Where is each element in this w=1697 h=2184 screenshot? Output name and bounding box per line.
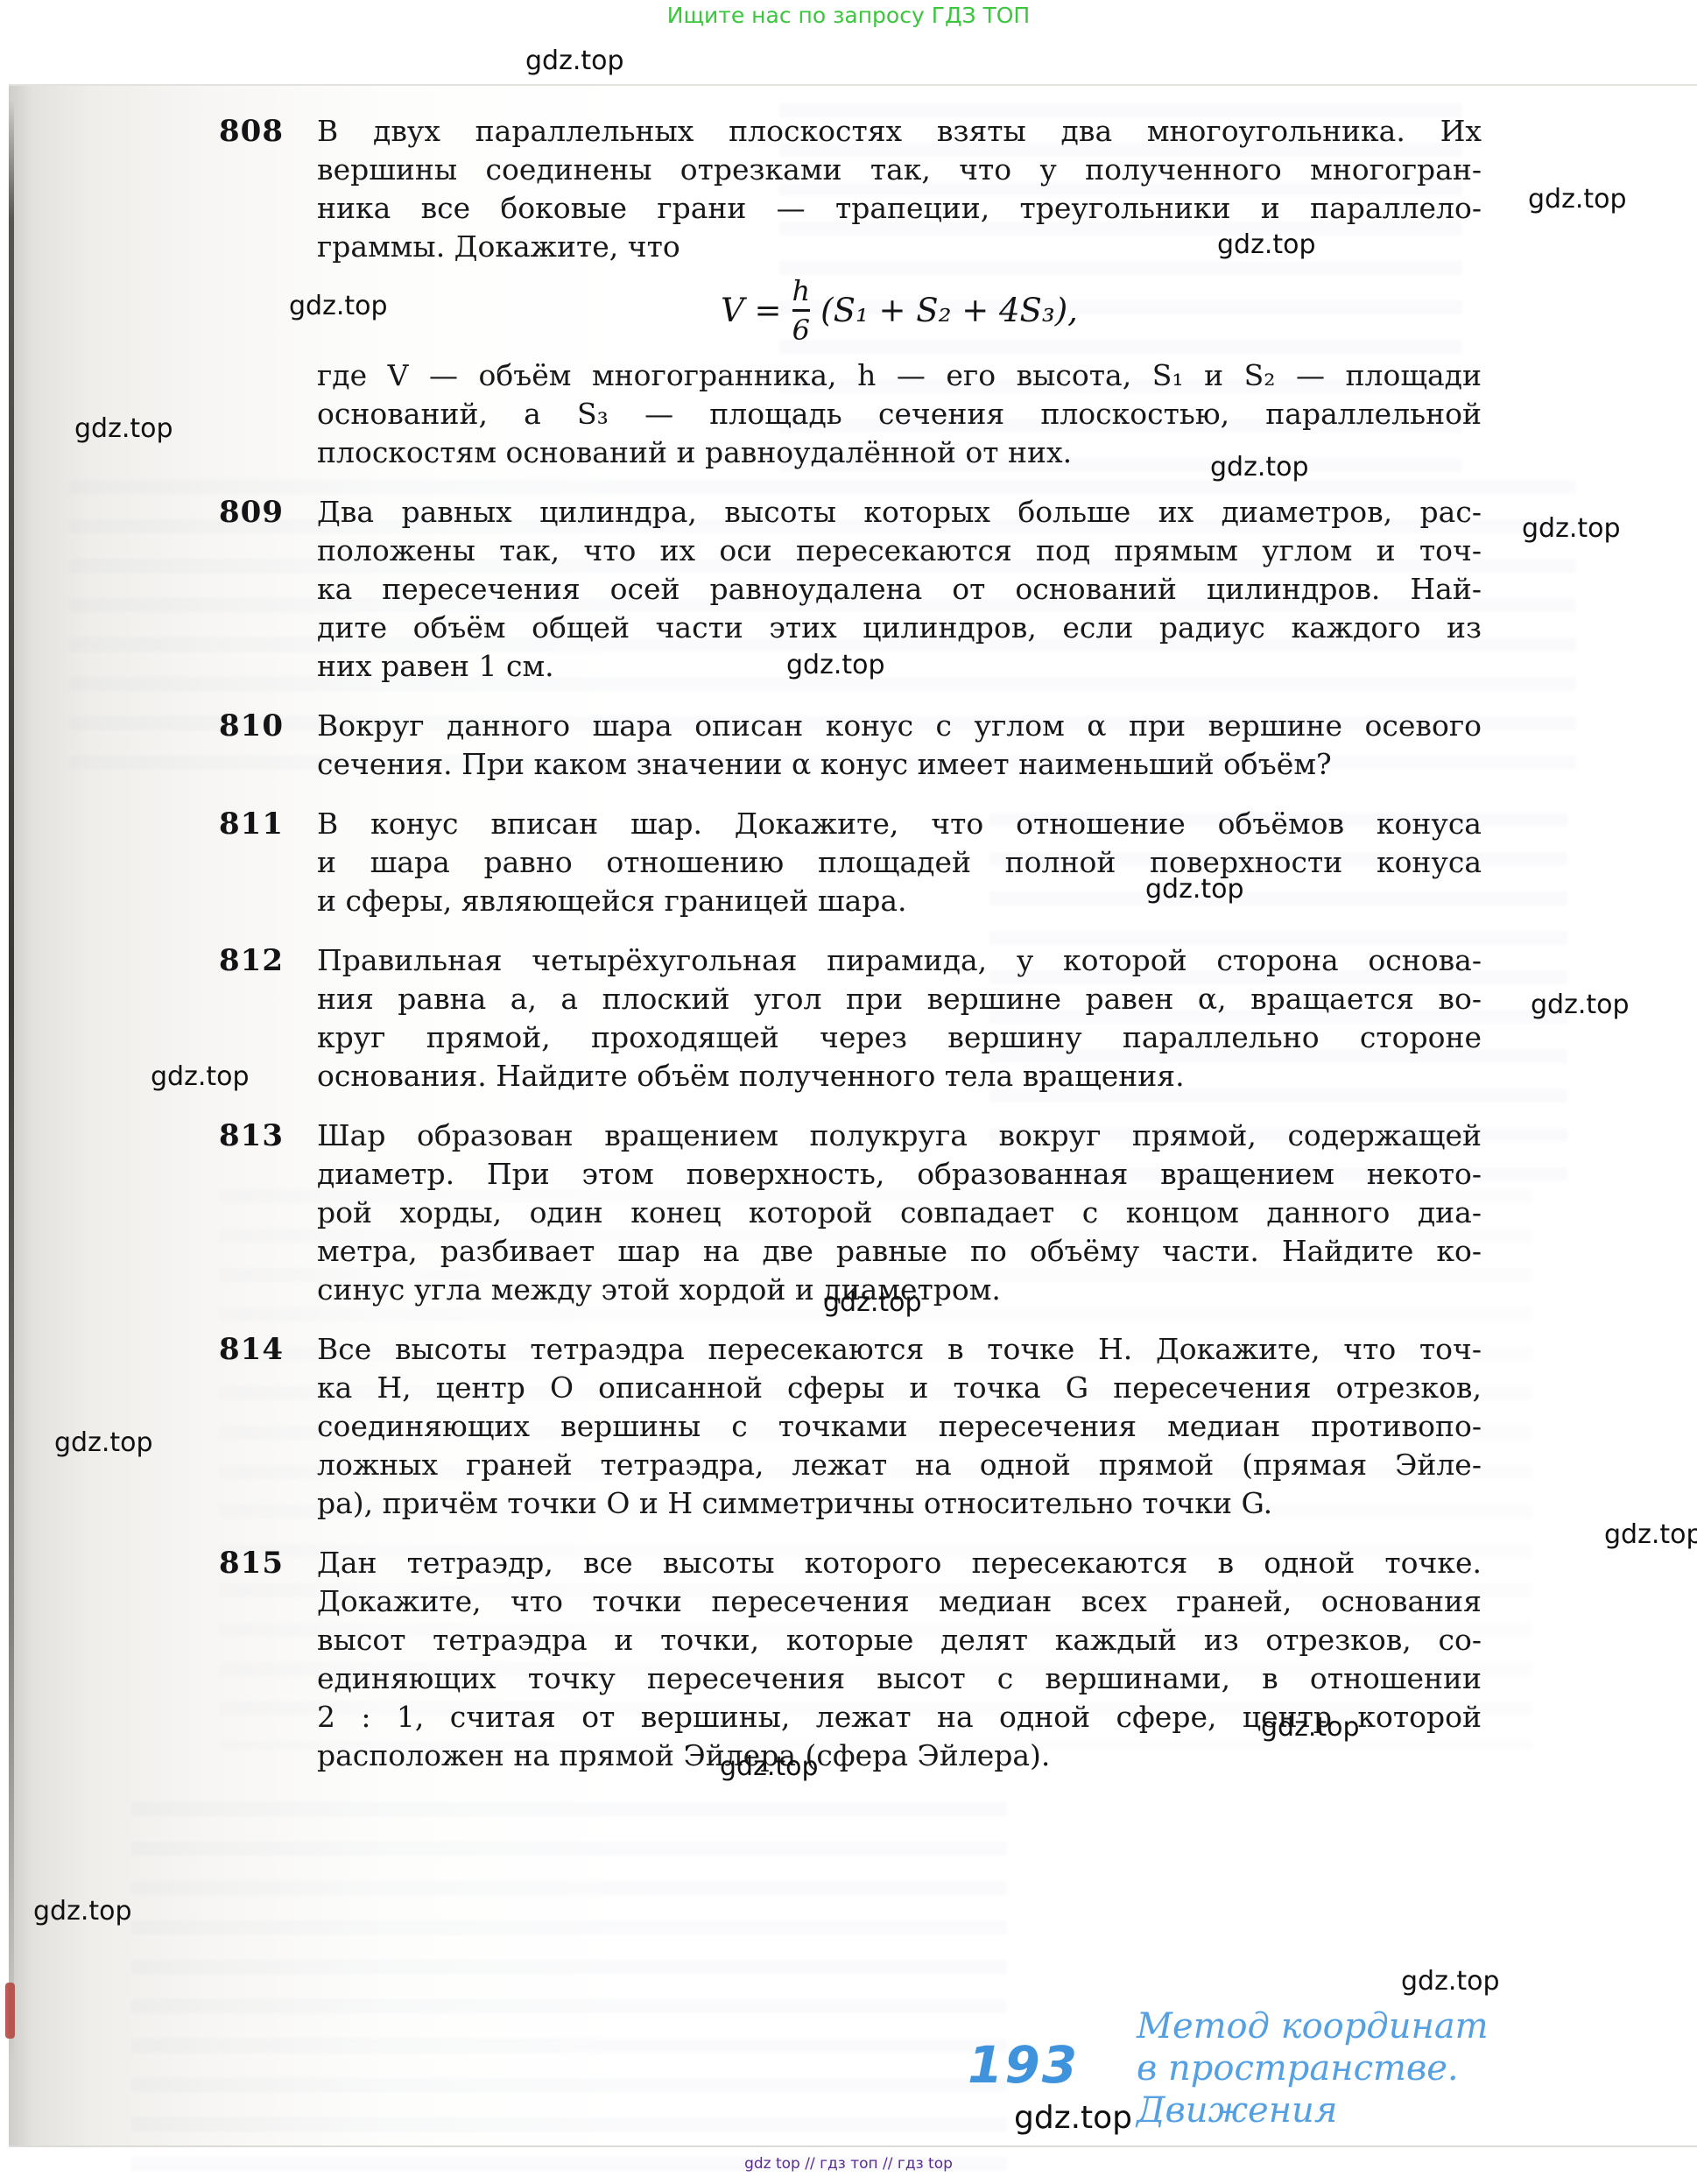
problem-text-line: высот тетраэдра и точки, которые делят к…: [317, 1621, 1482, 1659]
problem-text-line: Дан тетраэдр, все высоты которого пересе…: [317, 1544, 1482, 1582]
problem-text-line: ка пересечения осей равноудалена от осно…: [317, 570, 1482, 609]
problem-text-line: рой хорды, один конец которой совпадает …: [317, 1194, 1482, 1232]
section-title-line: Метод координат: [1137, 2005, 1489, 2047]
watermark-gdz-top: gdz.top: [151, 1061, 250, 1092]
problem-text-line: дите объём общей части этих цилиндров, е…: [317, 609, 1482, 647]
problem-text-line: ложных граней тетраэдра, лежат на одной …: [317, 1446, 1482, 1484]
page-number: 193: [968, 2035, 1079, 2095]
problem-text-line: положены так, что их оси пересекаются по…: [317, 532, 1482, 570]
problem-text-line: где V — объём многогранника, h — его выс…: [317, 356, 1482, 395]
problem-body: В двух параллельных плоскостях взяты два…: [317, 112, 1482, 472]
fraction-numerator: h: [792, 277, 811, 305]
watermark-gdz-top: gdz.top: [525, 46, 624, 76]
book-page: 808В двух параллельных плоскостях взяты …: [9, 84, 1697, 2147]
problem-body: Все высоты тетраэдра пересекаются в точк…: [317, 1330, 1482, 1523]
problem-text-line: ка H, центр O описанной сферы и точка G …: [317, 1369, 1482, 1407]
problem-text-line: и шара равно отношению площадей полной п…: [317, 843, 1482, 882]
page-spine-shadow: [9, 100, 14, 2105]
watermark-gdz-top: gdz.top: [823, 1287, 922, 1318]
watermark-gdz-top: gdz.top: [1604, 1519, 1697, 1550]
problem-text-line: Вокруг данного шара описан конус с углом…: [317, 707, 1482, 745]
problem-text-line: ра), причём точки O и H симметричны отно…: [317, 1484, 1482, 1523]
watermark-gdz-top: gdz.top: [1145, 874, 1244, 905]
red-edge-mark: [5, 1983, 15, 2039]
problems-list: 808В двух параллельных плоскостях взяты …: [219, 112, 1497, 1796]
formula-lhs: V =: [721, 292, 781, 329]
formula-rhs: (S₁ + S₂ + 4S₃),: [820, 292, 1078, 329]
watermark-gdz-top: gdz.top: [1528, 184, 1627, 215]
watermark-gdz-top: gdz.top: [1261, 1712, 1360, 1743]
watermark-gdz-top: gdz.top: [74, 413, 173, 444]
watermark-gdz-top: gdz.top: [786, 650, 885, 680]
problem-body: Правильная четырёхугольная пирамида, у к…: [317, 941, 1482, 1096]
section-title: Метод координат в пространстве. Движения: [1137, 2005, 1489, 2131]
problem-text-line: Докажите, что точки пересечения медиан в…: [317, 1582, 1482, 1621]
problem-number: 813: [219, 1117, 317, 1309]
problem-item: 808В двух параллельных плоскостях взяты …: [219, 112, 1497, 472]
promo-banner: Ищите нас по запросу ГДЗ ТОП: [0, 3, 1697, 28]
watermark-gdz-top: gdz.top: [54, 1427, 153, 1458]
problem-body: Два равных цилиндра, высоты которых боль…: [317, 493, 1482, 686]
problem-text-line: В конус вписан шар. Докажите, что отноше…: [317, 805, 1482, 843]
problem-text-line: вершины соединены отрезками так, что у п…: [317, 151, 1482, 189]
watermark-gdz-top: gdz.top: [1401, 1966, 1500, 1997]
problem-item: 812Правильная четырёхугольная пирамида, …: [219, 941, 1497, 1096]
problem-text-line: оснований, а S₃ — площадь сечения плоско…: [317, 395, 1482, 433]
problem-item: 814Все высоты тетраэдра пересекаются в т…: [219, 1330, 1497, 1523]
problem-text-line: и сферы, являющейся границей шара.: [317, 882, 1482, 920]
problem-body: Шар образован вращением полукруга вокруг…: [317, 1117, 1482, 1309]
watermark-gdz-top: gdz.top: [720, 1751, 819, 1782]
watermark-gdz-top: gdz.top: [1014, 2100, 1132, 2136]
problem-text-line: ника все боковые грани — трапеции, треуг…: [317, 189, 1482, 228]
problem-text-line: сечения. При каком значении α конус имее…: [317, 745, 1482, 784]
watermark-gdz-top: gdz.top: [1217, 229, 1316, 260]
scanned-textbook-page: Ищите нас по запросу ГДЗ ТОП 808В двух п…: [0, 0, 1697, 2184]
watermark-gdz-top: gdz.top: [33, 1896, 132, 1927]
problem-text-line: основания. Найдите объём полученного тел…: [317, 1057, 1482, 1096]
problem-text-line: круг прямой, проходящей через вершину па…: [317, 1018, 1482, 1057]
problem-text-line: них равен 1 см.: [317, 647, 1482, 686]
problem-item: 811В конус вписан шар. Докажите, что отн…: [219, 805, 1497, 920]
problem-body: В конус вписан шар. Докажите, что отноше…: [317, 805, 1482, 920]
bleedthrough-ghost: [131, 1802, 1007, 2179]
fraction-bar: [792, 309, 811, 312]
problem-text-line: Два равных цилиндра, высоты которых боль…: [317, 493, 1482, 532]
site-footer: gdz top // гдз топ // гдз top: [0, 2155, 1697, 2173]
problem-number: 810: [219, 707, 317, 784]
problem-text-line: Правильная четырёхугольная пирамида, у к…: [317, 941, 1482, 980]
watermark-gdz-top: gdz.top: [1522, 513, 1621, 544]
watermark-gdz-top: gdz.top: [289, 291, 388, 321]
section-title-line: в пространстве.: [1137, 2047, 1489, 2089]
section-title-line: Движения: [1137, 2089, 1489, 2131]
problem-text-line: единяющих точку пересечения высот с верш…: [317, 1659, 1482, 1698]
problem-item: 813Шар образован вращением полукруга вок…: [219, 1117, 1497, 1309]
watermark-gdz-top: gdz.top: [1531, 990, 1630, 1020]
fraction-denominator: 6: [792, 316, 810, 344]
formula-fraction: h6: [792, 277, 811, 344]
problem-number: 809: [219, 493, 317, 686]
problem-number: 814: [219, 1330, 317, 1523]
problem-number: 815: [219, 1544, 317, 1775]
problem-text-line: ния равна a, а плоский угол при вершине …: [317, 980, 1482, 1018]
volume-formula: V =h6(S₁ + S₂ + 4S₃),: [317, 277, 1482, 344]
problem-text-line: диаметр. При этом поверхность, образован…: [317, 1155, 1482, 1194]
problem-text-line: В двух параллельных плоскостях взяты два…: [317, 112, 1482, 151]
watermark-gdz-top: gdz.top: [1210, 452, 1309, 483]
problem-text-line: метра, разбивает шар на две равные по об…: [317, 1232, 1482, 1271]
problem-number: 811: [219, 805, 317, 920]
problem-body: Вокруг данного шара описан конус с углом…: [317, 707, 1482, 784]
problem-text-line: соединяющих вершины с точками пересечени…: [317, 1407, 1482, 1446]
problem-item: 810Вокруг данного шара описан конус с уг…: [219, 707, 1497, 784]
problem-text-line: Шар образован вращением полукруга вокруг…: [317, 1117, 1482, 1155]
problem-text-line: Все высоты тетраэдра пересекаются в точк…: [317, 1330, 1482, 1369]
